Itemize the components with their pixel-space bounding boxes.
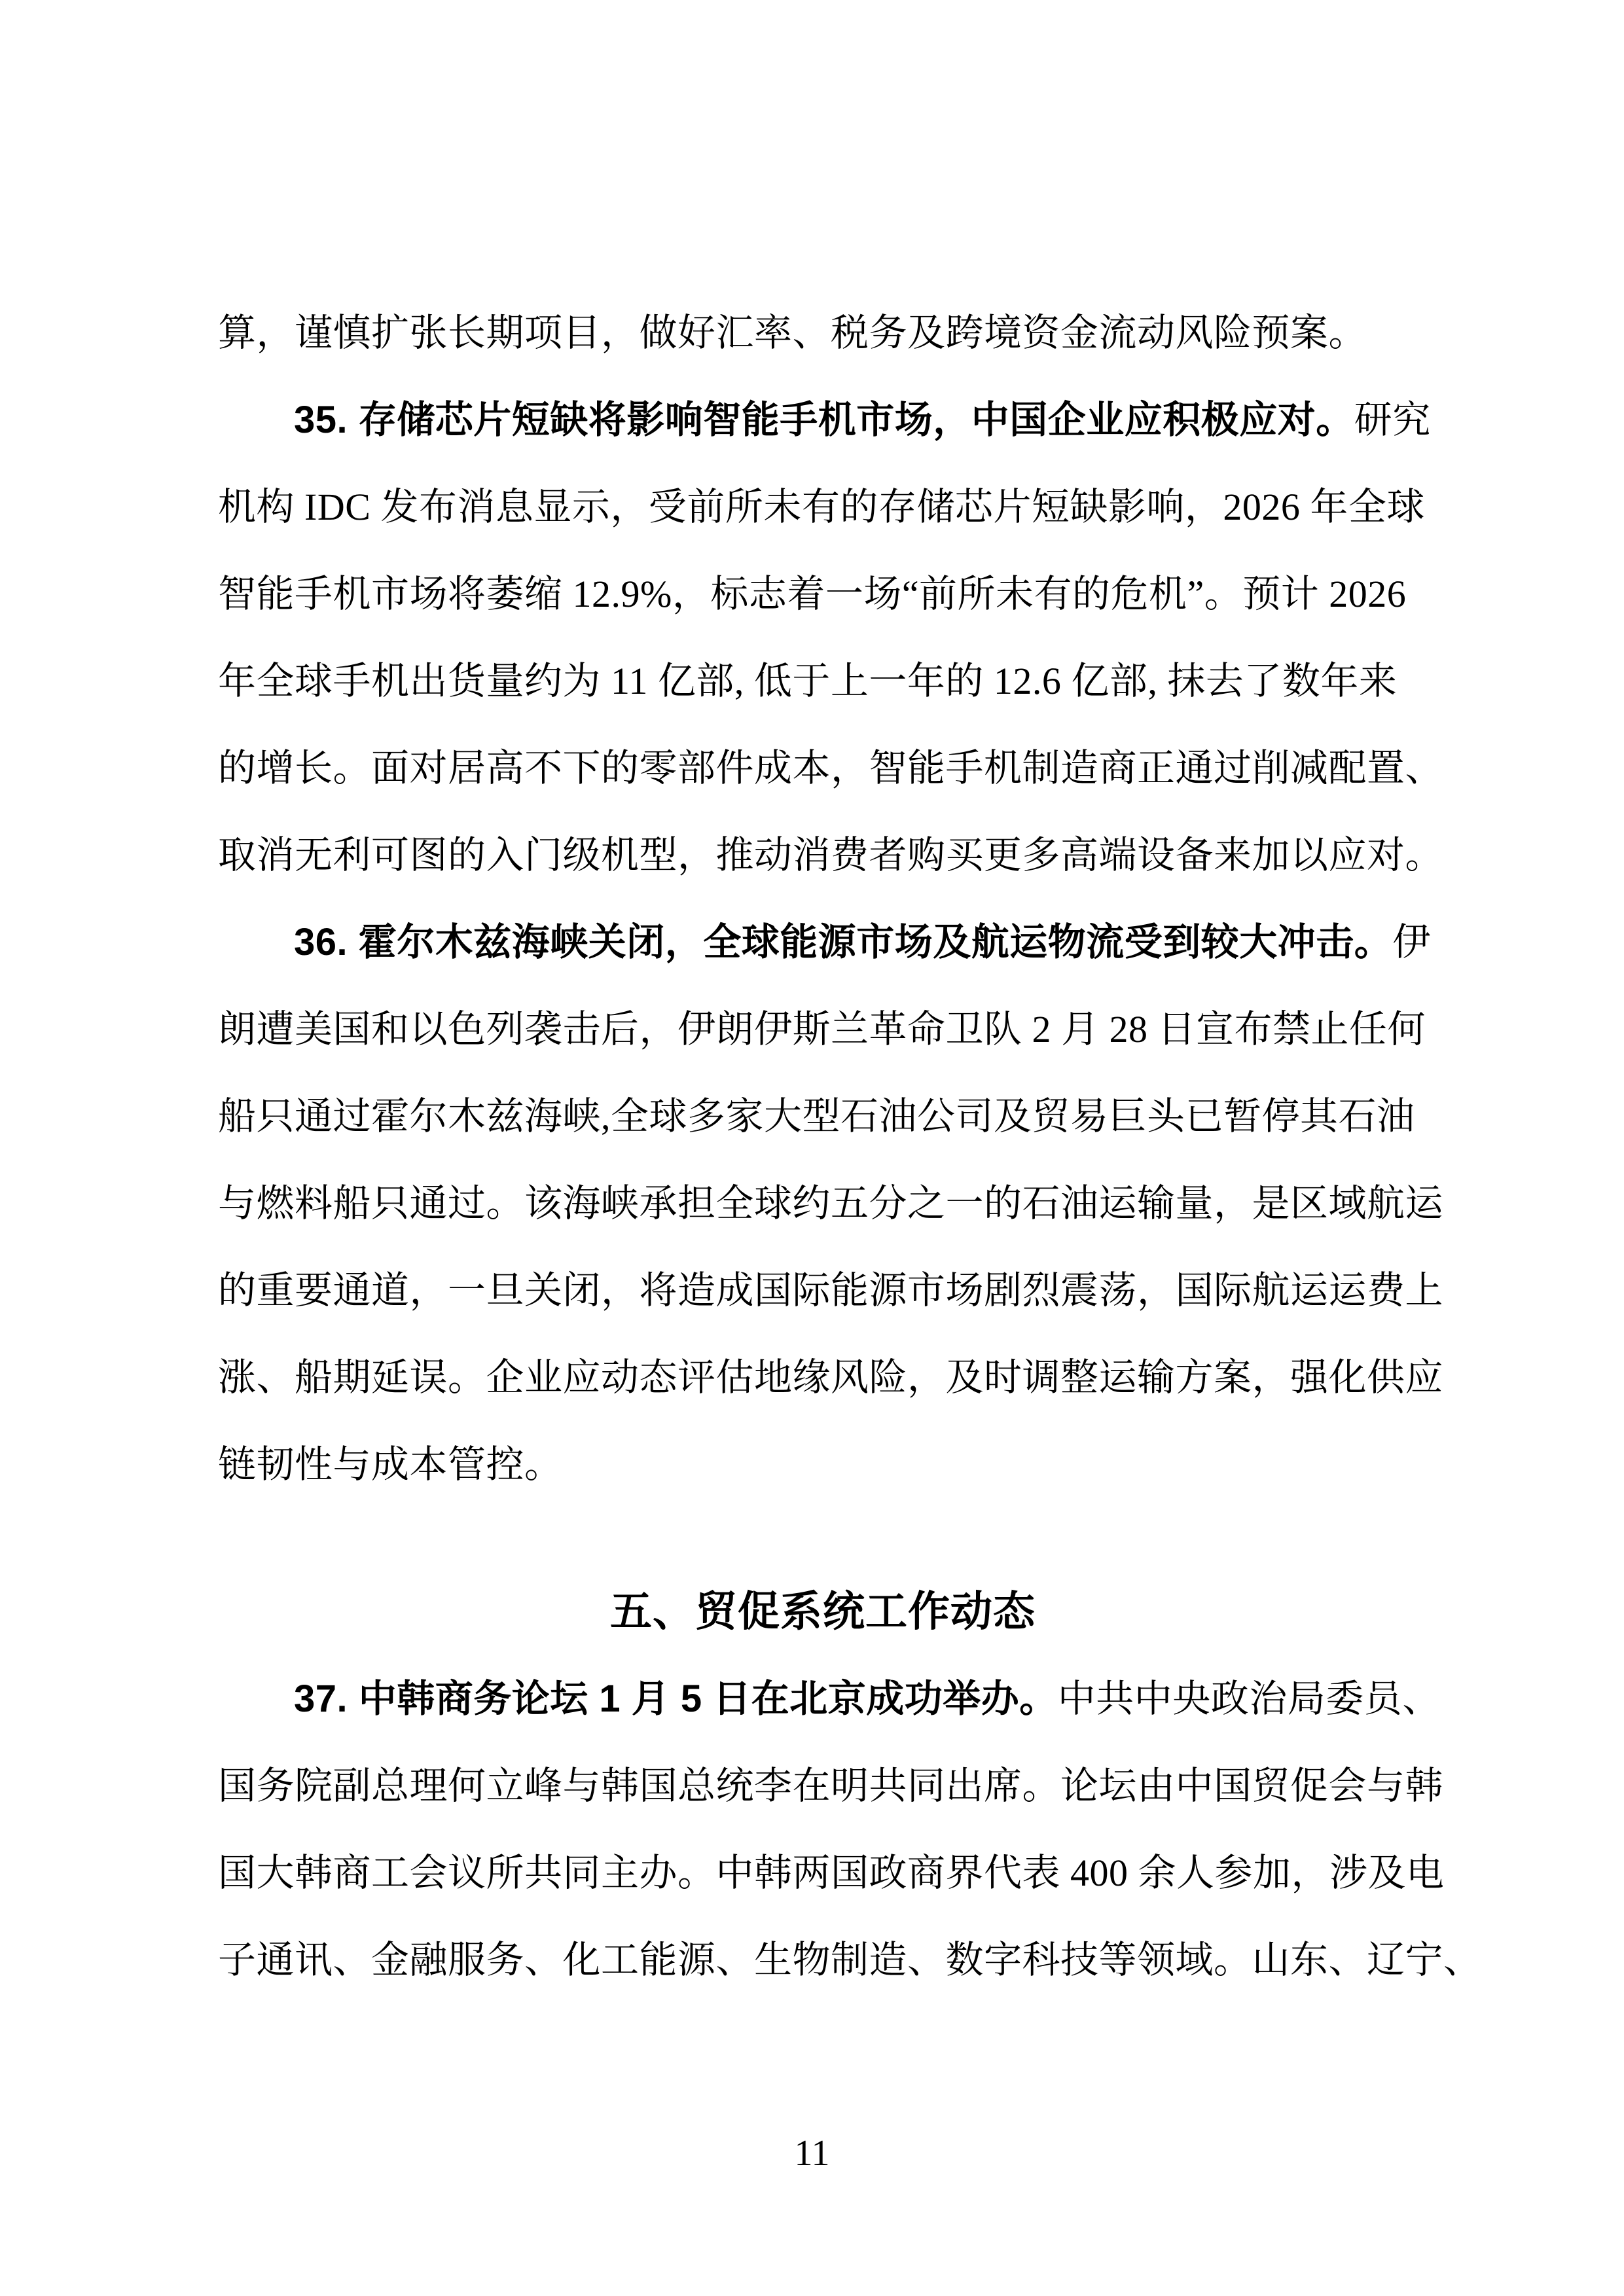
doc-line: 朗遭美国和以色列袭击后，伊朗伊斯兰革命卫队 2 月 28 日宣布禁止任何 (218, 986, 1428, 1073)
body-text: 研究 (1354, 399, 1431, 441)
doc-line: 船只通过霍尔木兹海峡,全球多家大型石油公司及贸易巨头已暂停其石油 (218, 1073, 1428, 1160)
doc-line: 37. 中韩商务论坛 1 月 5 日在北京成功举办。中共中央政治局委员、 (218, 1655, 1428, 1742)
doc-line: 年全球手机出货量约为 11 亿部, 低于上一年的 12.6 亿部, 抹去了数年来 (218, 637, 1428, 725)
body-text: 链韧性与成本管控。 (218, 1443, 563, 1486)
doc-line: 机构 IDC 发布消息显示，受前所未有的存储芯片短缺影响，2026 年全球 (218, 463, 1428, 550)
body-text: 算，谨慎扩张长期项目，做好汇率、税务及跨境资金流动风险预案。 (218, 312, 1367, 354)
section-heading: 五、贸促系统工作动态 (218, 1568, 1428, 1655)
body-text: 的重要通道，一旦关闭，将造成国际能源市场剧烈震荡，国际航运运费上 (218, 1269, 1443, 1312)
body-text: 机构 IDC 发布消息显示，受前所未有的存储芯片短缺影响，2026 年全球 (218, 486, 1425, 528)
page-number: 11 (0, 2132, 1624, 2174)
body-text: 船只通过霍尔木兹海峡,全球多家大型石油公司及贸易巨头已暂停其石油 (218, 1095, 1415, 1138)
doc-line: 国务院副总理何立峰与韩国总统李在明共同出席。论坛由中国贸促会与韩 (218, 1742, 1428, 1829)
body-text: 子通讯、金融服务、化工能源、生物制造、数字科技等领域。山东、辽宁、 (218, 1939, 1482, 1981)
paragraph-lead: 37. 中韩商务论坛 1 月 5 日在北京成功举办。 (294, 1677, 1058, 1720)
doc-line: 智能手机市场将萎缩 12.9%，标志着一场“前所未有的危机”。预计 2026 (218, 550, 1428, 637)
doc-line: 的重要通道，一旦关闭，将造成国际能源市场剧烈震荡，国际航运运费上 (218, 1247, 1428, 1334)
doc-line: 的增长。面对居高不下的零部件成本，智能手机制造商正通过削减配置、 (218, 725, 1428, 812)
paragraph-lead: 36. 霍尔木兹海峡关闭，全球能源市场及航运物流受到较大冲击。 (294, 921, 1392, 963)
paragraph-lead: 35. 存储芯片短缺将影响智能手机市场，中国企业应积极应对。 (294, 399, 1354, 441)
doc-line: 国大韩商工会议所共同主办。中韩两国政商界代表 400 余人参加，涉及电 (218, 1829, 1428, 1916)
body-text: 国务院副总理何立峰与韩国总统李在明共同出席。论坛由中国贸促会与韩 (218, 1765, 1443, 1807)
body-text: 涨、船期延误。企业应动态评估地缘风险，及时调整运输方案，强化供应 (218, 1356, 1443, 1399)
doc-line: 涨、船期延误。企业应动态评估地缘风险，及时调整运输方案，强化供应 (218, 1334, 1428, 1421)
body-text: 国大韩商工会议所共同主办。中韩两国政商界代表 400 余人参加，涉及电 (218, 1852, 1445, 1894)
body-text: 朗遭美国和以色列袭击后，伊朗伊斯兰革命卫队 2 月 28 日宣布禁止任何 (218, 1008, 1426, 1050)
doc-line: 链韧性与成本管控。 (218, 1421, 1428, 1508)
doc-line: 算，谨慎扩张长期项目，做好汇率、税务及跨境资金流动风险预案。 (218, 289, 1428, 376)
doc-line: 子通讯、金融服务、化工能源、生物制造、数字科技等领域。山东、辽宁、 (218, 1916, 1428, 2003)
body-text: 年全球手机出货量约为 11 亿部, 低于上一年的 12.6 亿部, 抹去了数年来 (218, 660, 1397, 702)
doc-line: 35. 存储芯片短缺将影响智能手机市场，中国企业应积极应对。研究 (218, 376, 1428, 463)
doc-line: 与燃料船只通过。该海峡承担全球约五分之一的石油运输量，是区域航运 (218, 1160, 1428, 1247)
body-text: 智能手机市场将萎缩 12.9%，标志着一场“前所未有的危机”。预计 2026 (218, 573, 1406, 615)
body-text: 伊 (1392, 921, 1431, 963)
doc-line: 取消无利可图的入门级机型，推动消费者购买更多高端设备来加以应对。 (218, 812, 1428, 899)
document-body: 算，谨慎扩张长期项目，做好汇率、税务及跨境资金流动风险预案。 35. 存储芯片短… (218, 289, 1428, 2003)
document-page: 算，谨慎扩张长期项目，做好汇率、税务及跨境资金流动风险预案。 35. 存储芯片短… (0, 0, 1624, 2296)
body-text: 的增长。面对居高不下的零部件成本，智能手机制造商正通过削减配置、 (218, 747, 1443, 789)
body-text: 取消无利可图的入门级机型，推动消费者购买更多高端设备来加以应对。 (218, 834, 1443, 876)
body-text: 中共中央政治局委员、 (1058, 1677, 1441, 1720)
doc-line: 36. 霍尔木兹海峡关闭，全球能源市场及航运物流受到较大冲击。伊 (218, 899, 1428, 986)
body-text: 与燃料船只通过。该海峡承担全球约五分之一的石油运输量，是区域航运 (218, 1182, 1443, 1225)
